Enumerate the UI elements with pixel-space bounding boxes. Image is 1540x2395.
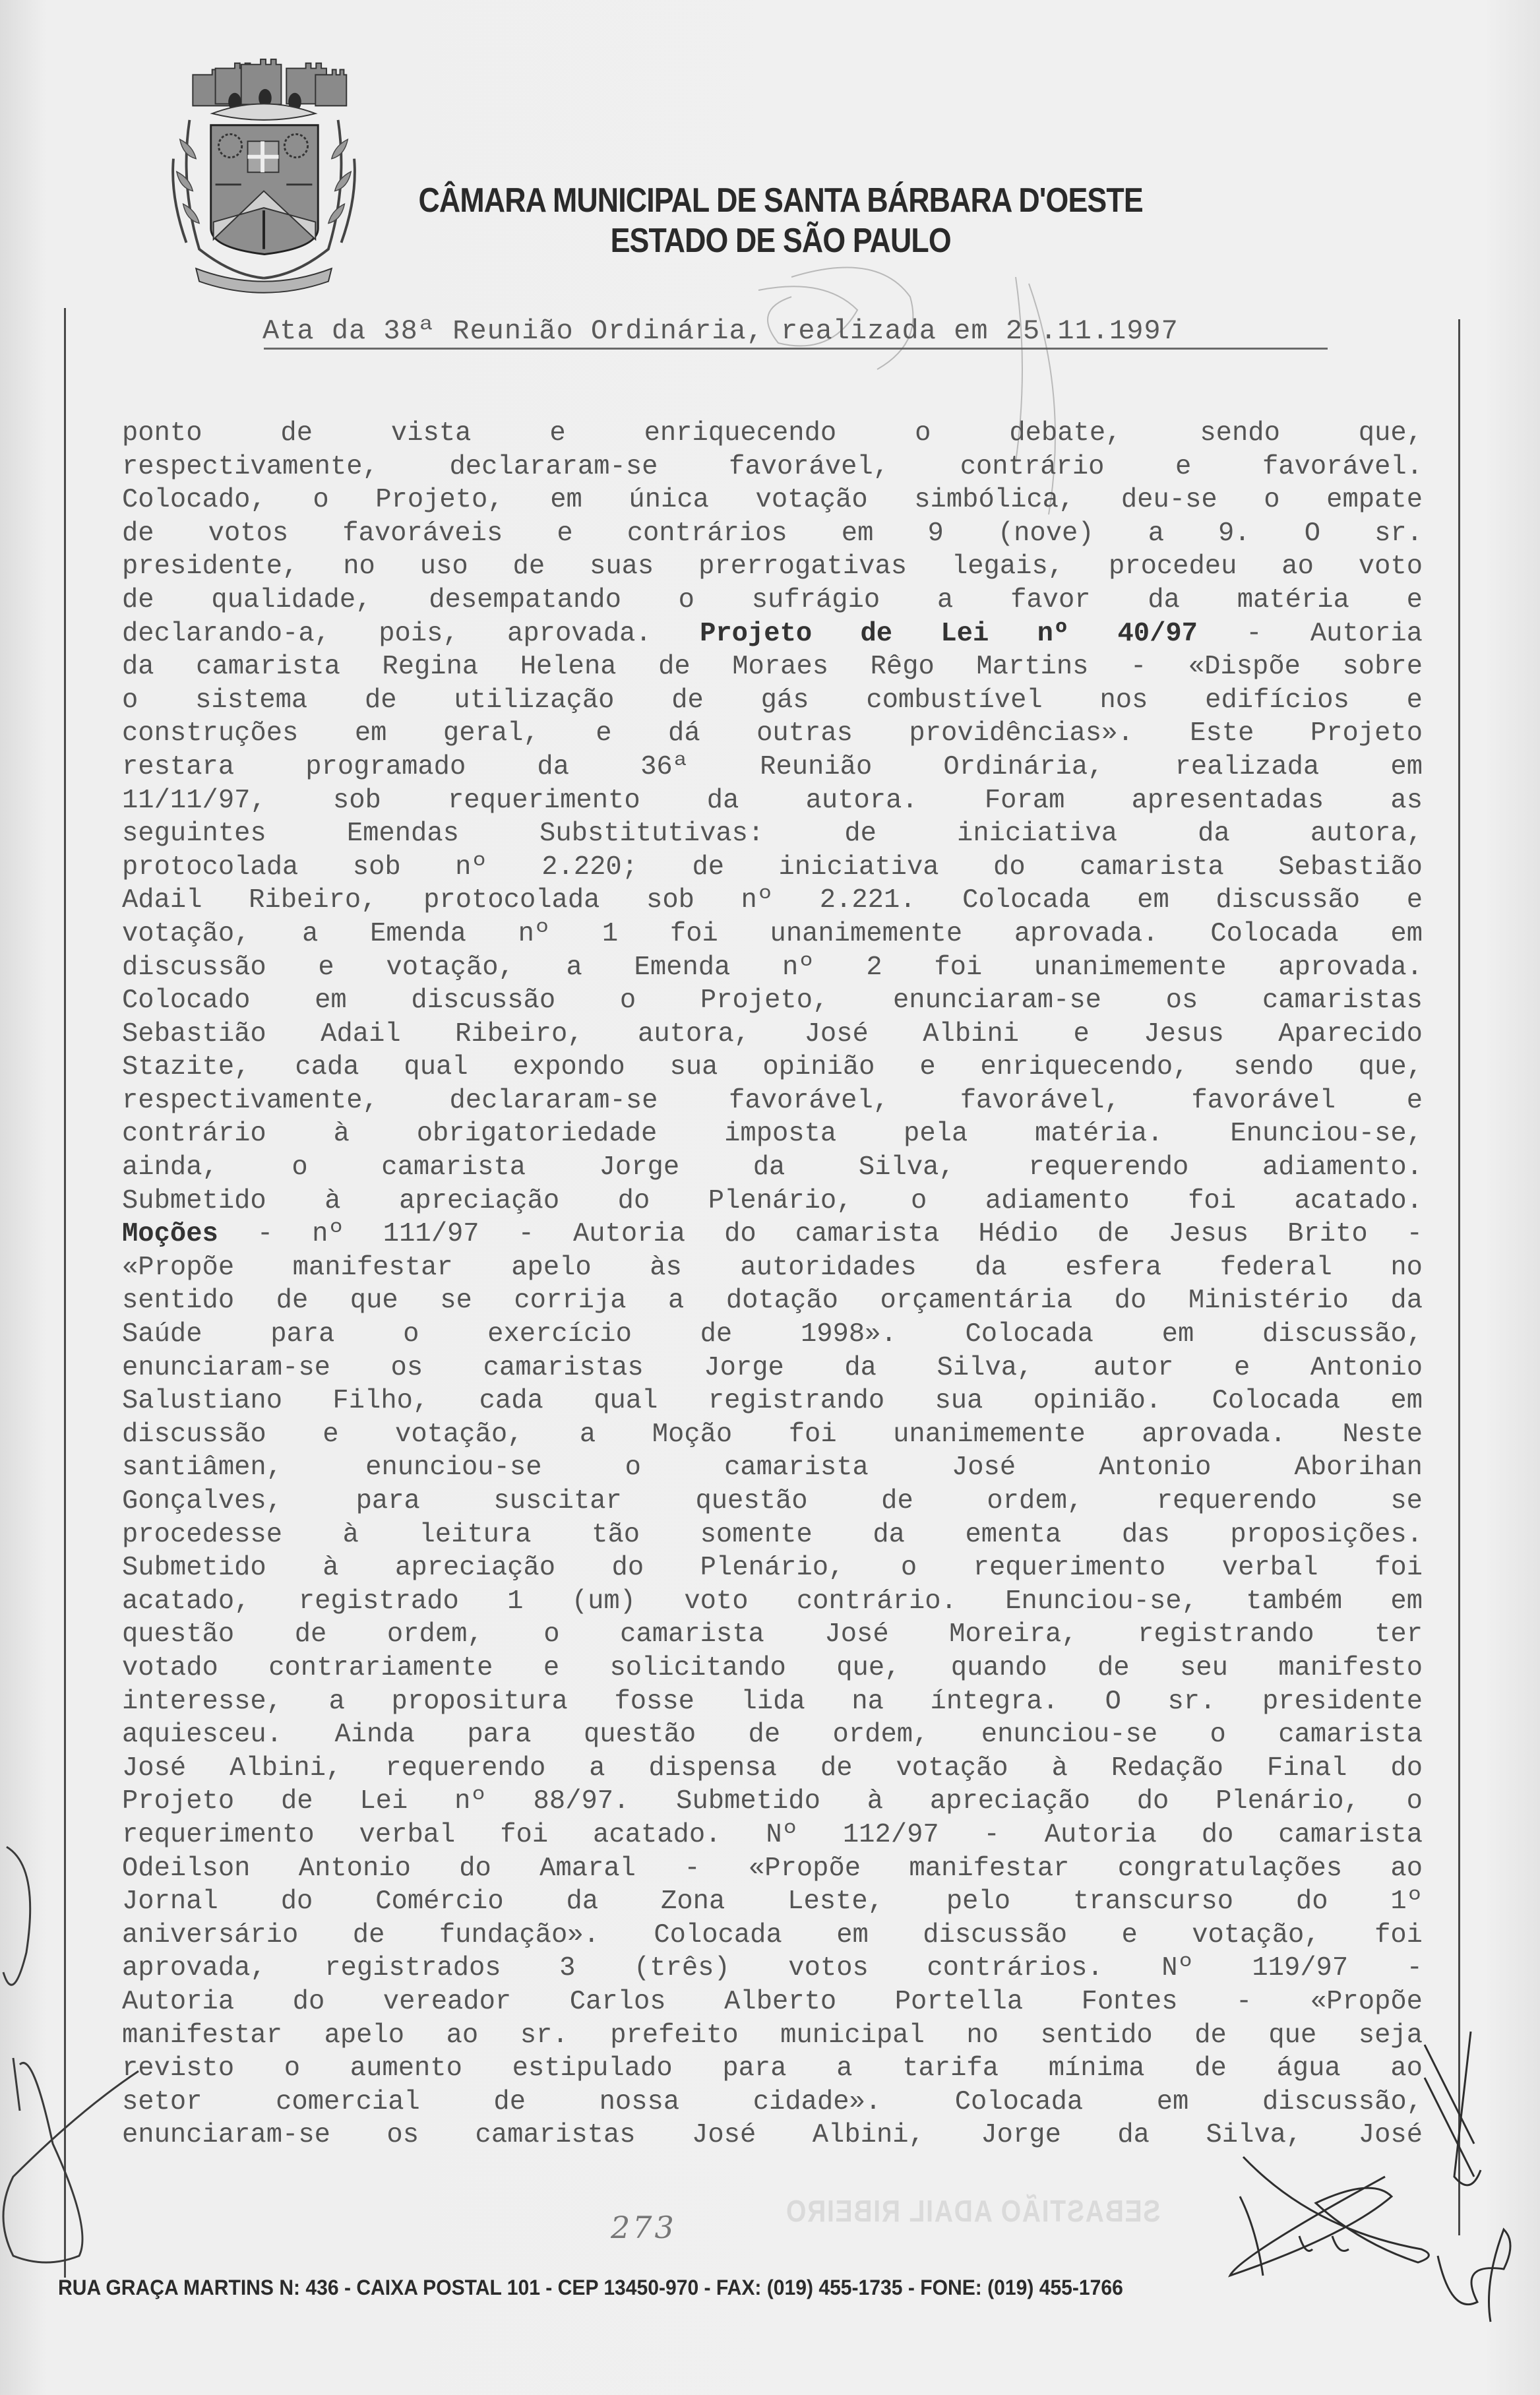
minutes-line: Submetido à apreciação do Plenário, o ad… [122,1185,1423,1218]
footer-address: RUA GRAÇA MARTINS N: 436 - CAIXA POSTAL … [58,2276,1372,2300]
minutes-line: contrário à obrigatoriedade imposta pela… [122,1117,1423,1151]
line-text: discussão e votação, a Moção foi unanime… [122,1419,1423,1450]
minutes-line: 11/11/97, sob requerimento da autora. Fo… [122,784,1423,818]
line-text: Colocado em discussão o Projeto, enuncia… [122,985,1423,1016]
line-text: Adail Ribeiro, protocolada sob nº 2.221.… [122,885,1423,916]
minutes-line: da camarista Regina Helena de Moraes Rêg… [122,650,1423,684]
line-text: José Albini, requerendo a dispensa de vo… [122,1753,1423,1784]
minutes-line: ainda, o camarista Jorge da Silva, reque… [122,1151,1423,1185]
line-text: Odeilson Antonio do Amaral - «Propõe man… [122,1853,1423,1884]
line-text: presidente, no uso de suas prerrogativas… [122,551,1423,582]
minutes-line: aniversário de fundação». Colocada em di… [122,1919,1423,1952]
minutes-line: Gonçalves, para suscitar questão de orde… [122,1485,1423,1518]
minutes-line: construções em geral, e dá outras provid… [122,717,1423,751]
minutes-line: presidente, no uso de suas prerrogativas… [122,550,1423,584]
line-text: votação, a Emenda nº 1 foi unanimemente … [122,919,1423,949]
minutes-line: Colocado, o Projeto, em única votação si… [122,483,1423,517]
line-text: da camarista Regina Helena de Moraes Rêg… [122,652,1423,682]
line-text: questão de ordem, o camarista José Morei… [122,1619,1423,1650]
line-text: «Propõe manifestar apelo às autoridades … [122,1253,1423,1283]
line-text: 11/11/97, sob requerimento da autora. Fo… [122,786,1423,816]
line-text: Gonçalves, para suscitar questão de orde… [122,1486,1423,1516]
minutes-line: respectivamente, declararam-se favorável… [122,1084,1423,1118]
show-through-text: SEBASTIÃO ADAIL RIBEIRO [785,2193,1160,2229]
line-text: aniversário de fundação». Colocada em di… [122,1920,1423,1950]
minutes-line: Sebastião Adail Ribeiro, autora, José Al… [122,1018,1423,1051]
minutes-line: Moções - nº 111/97 - Autoria do camarist… [122,1218,1423,1251]
minutes-line: de votos favoráveis e contrários em 9 (n… [122,517,1423,551]
minutes-line: o sistema de utilização de gás combustív… [122,684,1423,718]
minutes-line: procedesse à leitura tão somente da emen… [122,1518,1423,1552]
line-text: de qualidade, desempatando o sufrágio a … [122,585,1423,615]
minutes-line: santiâmen, enunciou-se o camarista José … [122,1451,1423,1485]
line-text: manifestar apelo ao sr. prefeito municip… [122,2020,1423,2051]
line-text: aquiesceu. Ainda para questão de ordem, … [122,1720,1423,1750]
line-text: Stazite, cada qual expondo sua opinião e… [122,1052,1423,1082]
line-text: protocolada sob nº 2.220; de iniciativa … [122,852,1423,883]
line-text: - nº 111/97 - Autoria do camarista Hédio… [218,1219,1423,1249]
minutes-line: respectivamente, declararam-se favorável… [122,451,1423,484]
minutes-line: questão de ordem, o camarista José Morei… [122,1618,1423,1652]
line-text: Submetido à apreciação do Plenário, o ad… [122,1186,1423,1216]
line-text: santiâmen, enunciou-se o camarista José … [122,1452,1423,1483]
minutes-line: votação, a Emenda nº 1 foi unanimemente … [122,918,1423,951]
minutes-line: Jornal do Comércio da Zona Leste, pelo t… [122,1885,1423,1919]
minutes-line: setor comercial de nossa cidade». Coloca… [122,2086,1423,2119]
section-heading: Projeto de Lei nº 40/97 [700,619,1198,649]
line-text: procedesse à leitura tão somente da emen… [122,1520,1423,1550]
minutes-line: aprovada, registrados 3 (três) votos con… [122,1952,1423,1985]
minutes-line: interesse, a propositura fosse lida na í… [122,1685,1423,1719]
minutes-line: Stazite, cada qual expondo sua opinião e… [122,1051,1423,1084]
minutes-line: discussão e votação, a Moção foi unanime… [122,1418,1423,1452]
minutes-line: restara programado da 36ª Reunião Ordiná… [122,751,1423,784]
left-margin-rule [64,308,66,2278]
state-name: ESTADO DE SÃO PAULO [119,221,1443,261]
line-text: ainda, o camarista Jorge da Silva, reque… [122,1152,1423,1183]
line-text: Submetido à apreciação do Plenário, o re… [122,1553,1423,1583]
line-text: Projeto de Lei nº 88/97. Submetido à apr… [122,1786,1423,1817]
minutes-line: de qualidade, desempatando o sufrágio a … [122,584,1423,617]
line-text: setor comercial de nossa cidade». Coloca… [122,2087,1423,2117]
line-text: Jornal do Comércio da Zona Leste, pelo t… [122,1886,1423,1917]
minutes-line: Projeto de Lei nº 88/97. Submetido à apr… [122,1785,1423,1819]
line-text: de votos favoráveis e contrários em 9 (n… [122,518,1423,549]
institution-name: CÂMARA MUNICIPAL DE SANTA BÁRBARA D'OEST… [119,181,1443,220]
minutes-line: acatado, registrado 1 (um) voto contrári… [122,1585,1423,1619]
line-text: - Autoria [1198,619,1423,649]
minutes-line: ponto de vista e enriquecendo o debate, … [122,417,1423,451]
line-text: restara programado da 36ª Reunião Ordiná… [122,752,1423,782]
line-text: enunciaram-se os camaristas José Albini,… [122,2120,1423,2150]
minutes-line: Autoria do vereador Carlos Alberto Porte… [122,1985,1423,2019]
right-margin-rule [1458,319,1460,2235]
title-underline [264,348,1328,350]
line-text: acatado, registrado 1 (um) voto contrári… [122,1586,1423,1617]
minutes-body: ponto de vista e enriquecendo o debate, … [122,417,1423,2152]
line-text: Colocado, o Projeto, em única votação si… [122,485,1423,515]
minutes-line: protocolada sob nº 2.220; de iniciativa … [122,851,1423,885]
section-heading: Moções [122,1219,218,1249]
line-text: aprovada, registrados 3 (três) votos con… [122,1953,1423,1983]
minutes-line: manifestar apelo ao sr. prefeito municip… [122,2019,1423,2053]
line-text: interesse, a propositura fosse lida na í… [122,1687,1423,1717]
document-title: Ata da 38ª Reunião Ordinária, realizada … [262,315,1331,347]
minutes-line: seguintes Emendas Substitutivas: de inic… [122,817,1423,851]
minutes-line: discussão e votação, a Emenda nº 2 foi u… [122,951,1423,985]
line-text: contrário à obrigatoriedade imposta pela… [122,1119,1423,1149]
minutes-line: Adail Ribeiro, protocolada sob nº 2.221.… [122,884,1423,918]
line-text: respectivamente, declararam-se favorável… [122,452,1423,482]
minutes-line: declarando-a, pois, aprovada. Projeto de… [122,617,1423,651]
minutes-line: revisto o aumento estipulado para a tari… [122,2052,1423,2086]
line-text: o sistema de utilização de gás combustív… [122,685,1423,716]
minutes-line: José Albini, requerendo a dispensa de vo… [122,1752,1423,1786]
minutes-line: enunciaram-se os camaristas Jorge da Sil… [122,1352,1423,1385]
minutes-line: Odeilson Antonio do Amaral - «Propõe man… [122,1852,1423,1886]
minutes-line: Salustiano Filho, cada qual registrando … [122,1384,1423,1418]
line-text: revisto o aumento estipulado para a tari… [122,2053,1423,2084]
line-text: requerimento verbal foi acatado. Nº 112/… [122,1820,1423,1850]
handwritten-page-number: 273 [611,2210,677,2245]
line-text: declarando-a, pois, aprovada. [122,619,700,649]
minutes-line: «Propõe manifestar apelo às autoridades … [122,1251,1423,1285]
minutes-line: votado contrariamente e solicitando que,… [122,1652,1423,1685]
minutes-line: Submetido à apreciação do Plenário, o re… [122,1551,1423,1585]
line-text: Salustiano Filho, cada qual registrando … [122,1386,1423,1416]
minutes-line: Saúde para o exercício de 1998». Colocad… [122,1318,1423,1352]
line-text: Autoria do vereador Carlos Alberto Porte… [122,1987,1423,2017]
coat-of-arms-icon [153,55,375,301]
line-text: ponto de vista e enriquecendo o debate, … [122,418,1423,449]
line-text: construções em geral, e dá outras provid… [122,718,1423,749]
line-text: Sebastião Adail Ribeiro, autora, José Al… [122,1019,1423,1049]
minutes-line: sentido de que se corrija a dotação orça… [122,1284,1423,1318]
minutes-line: aquiesceu. Ainda para questão de ordem, … [122,1718,1423,1752]
line-text: discussão e votação, a Emenda nº 2 foi u… [122,952,1423,983]
line-text: sentido de que se corrija a dotação orça… [122,1286,1423,1316]
line-text: votado contrariamente e solicitando que,… [122,1653,1423,1683]
line-text: enunciaram-se os camaristas Jorge da Sil… [122,1353,1423,1383]
minutes-line: enunciaram-se os camaristas José Albini,… [122,2119,1423,2152]
minutes-line: requerimento verbal foi acatado. Nº 112/… [122,1819,1423,1852]
line-text: seguintes Emendas Substitutivas: de inic… [122,819,1423,849]
line-text: respectivamente, declararam-se favorável… [122,1086,1423,1116]
minutes-line: Colocado em discussão o Projeto, enuncia… [122,984,1423,1018]
line-text: Saúde para o exercício de 1998». Colocad… [122,1319,1423,1350]
